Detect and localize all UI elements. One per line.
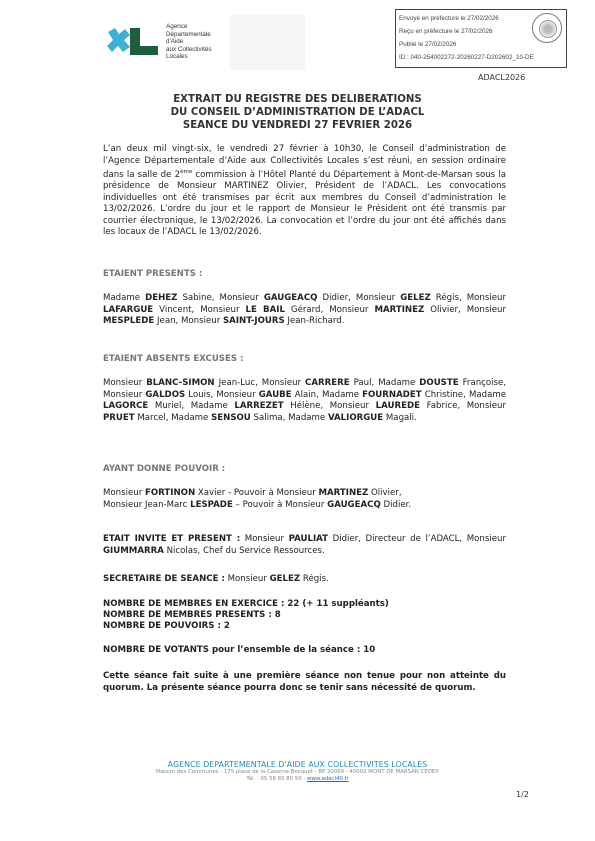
- website-link[interactable]: www.adacl40.fr: [307, 776, 349, 782]
- member-surname: GELEZ: [400, 293, 431, 303]
- member-surname: CARRERE: [305, 378, 350, 388]
- member-entry: Monsieur MARTINEZ Olivier,: [329, 305, 467, 315]
- adacl-logo: Agence Départementale d'Aide aux Collect…: [98, 22, 228, 64]
- member-entry: Monsieur GALDOS Louis,: [103, 390, 216, 400]
- member-entry: Madame LARREZET Hélène,: [191, 401, 330, 411]
- member-entry: Monsieur GAUBE Alain,: [216, 390, 322, 400]
- document-reference: ADACL2026: [478, 73, 525, 82]
- member-entry: Monsieur SAINT-JOURS Jean-Richard.: [181, 316, 344, 326]
- member-surname: MESPLEDE: [103, 316, 154, 326]
- member-surname: GAUGEACQ: [264, 293, 318, 303]
- page-number: 1/2: [516, 790, 529, 799]
- document-title: EXTRAIT DU REGISTRE DES DELIBERATIONS DU…: [60, 93, 535, 132]
- presents-list: Madame DEHEZ Sabine, Monsieur GAUGEACQ D…: [103, 293, 506, 328]
- proxy-giver: LESPADE: [190, 500, 233, 510]
- count-voters: NOMBRE DE VOTANTS pour l’ensemble de la …: [103, 645, 506, 656]
- count-members-in-office: NOMBRE DE MEMBRES EN EXERCICE : 22 (+ 11…: [103, 599, 506, 610]
- member-surname: LAFARGUE: [103, 305, 153, 315]
- footer: AGENCE DEPARTEMENTALE D'AIDE AUX COLLECT…: [60, 760, 535, 783]
- member-entry: Monsieur GAUGEACQ Didier,: [220, 293, 356, 303]
- footer-title: AGENCE DEPARTEMENTALE D'AIDE AUX COLLECT…: [60, 760, 535, 769]
- intro-paragraph: L’an deux mil vingt-six, le vendredi 27 …: [103, 144, 506, 239]
- member-surname: LAGORCE: [103, 401, 148, 411]
- official-seal-icon: [532, 13, 562, 43]
- stamp-received: Reçu en préfecture le 27/02/2026: [399, 28, 492, 35]
- proxy-recipient: GAUGEACQ: [327, 500, 381, 510]
- member-surname: GALDOS: [145, 390, 185, 400]
- member-surname: DEHEZ: [145, 293, 177, 303]
- member-surname: MARTINEZ: [374, 305, 424, 315]
- stamp-sent: Envoyé en préfecture le 27/02/2026: [399, 15, 499, 22]
- proxy-giver: FORTINON: [145, 488, 195, 498]
- absents-list: Monsieur BLANC-SIMON Jean-Luc, Monsieur …: [103, 378, 506, 424]
- member-surname: LE BAIL: [245, 305, 284, 315]
- absents-label: ETAIENT ABSENTS EXCUSES :: [103, 354, 243, 364]
- member-surname: PRUET: [103, 413, 135, 423]
- scan-artifact: [230, 15, 305, 70]
- secretary-line: SECRETAIRE DE SEANCE : Monsieur GELEZ Ré…: [103, 574, 506, 586]
- x-mark-icon: [106, 28, 132, 54]
- member-entry: Monsieur BLANC-SIMON Jean-Luc,: [103, 378, 262, 388]
- count-proxies: NOMBRE DE POUVOIRS : 2: [103, 621, 506, 632]
- proxy-entry: Monsieur FORTINON Xavier - Pouvoir à Mon…: [103, 488, 506, 500]
- member-surname: DOUSTE: [419, 378, 458, 388]
- l-mark-icon: [130, 28, 158, 55]
- member-entry: Monsieur GELEZ Régis,: [356, 293, 467, 303]
- footer-contact: Tél. : 05 58 85 80 50 - www.adacl40.fr: [60, 776, 535, 783]
- member-entry: Monsieur LE BAIL Gérard,: [200, 305, 329, 315]
- member-surname: BLANC-SIMON: [146, 378, 214, 388]
- proxies-list: Monsieur FORTINON Xavier - Pouvoir à Mon…: [103, 488, 506, 511]
- member-surname: LARREZET: [234, 401, 283, 411]
- quorum-note: Cette séance fait suite à une première s…: [103, 671, 506, 694]
- logo-text: Agence Départementale d'Aide aux Collect…: [166, 23, 212, 61]
- member-entry: Monsieur CARRERE Paul,: [262, 378, 378, 388]
- stamp-published: Publié le 27/02/2026: [399, 41, 456, 48]
- proxies-label: AYANT DONNE POUVOIR :: [103, 464, 225, 474]
- presents-label: ETAIENT PRESENTS :: [103, 269, 202, 279]
- proxy-recipient: MARTINEZ: [318, 488, 368, 498]
- prefecture-stamp: Envoyé en préfecture le 27/02/2026 Reçu …: [395, 9, 567, 68]
- member-entry: Madame FOURNADET Christine,: [322, 390, 469, 400]
- count-members-present: NOMBRE DE MEMBRES PRESENTS : 8: [103, 610, 506, 621]
- member-surname: SAINT-JOURS: [223, 316, 285, 326]
- stamp-id: ID : 040-254002272-20260227-D202602_10-D…: [399, 54, 534, 61]
- footer-address: Maison des Communes - 175 place de la Ca…: [60, 769, 535, 776]
- member-entry: Madame DEHEZ Sabine,: [103, 293, 220, 303]
- member-entry: Monsieur LAUREDE Fabrice,: [330, 401, 467, 411]
- member-entry: Madame VALIORGUE Magali.: [288, 413, 417, 423]
- proxy-entry: Monsieur Jean-Marc LESPADE – Pouvoir à M…: [103, 500, 506, 512]
- member-surname: SENSOU: [211, 413, 251, 423]
- invited-paragraph: ETAIT INVITE ET PRESENT : Monsieur PAULI…: [103, 534, 506, 557]
- member-surname: VALIORGUE: [328, 413, 383, 423]
- member-entry: Madame DOUSTE Françoise,: [378, 378, 506, 388]
- member-surname: FOURNADET: [362, 390, 421, 400]
- member-surname: LAUREDE: [376, 401, 420, 411]
- member-surname: GAUBE: [259, 390, 292, 400]
- member-entry: Madame SENSOU Salima,: [171, 413, 288, 423]
